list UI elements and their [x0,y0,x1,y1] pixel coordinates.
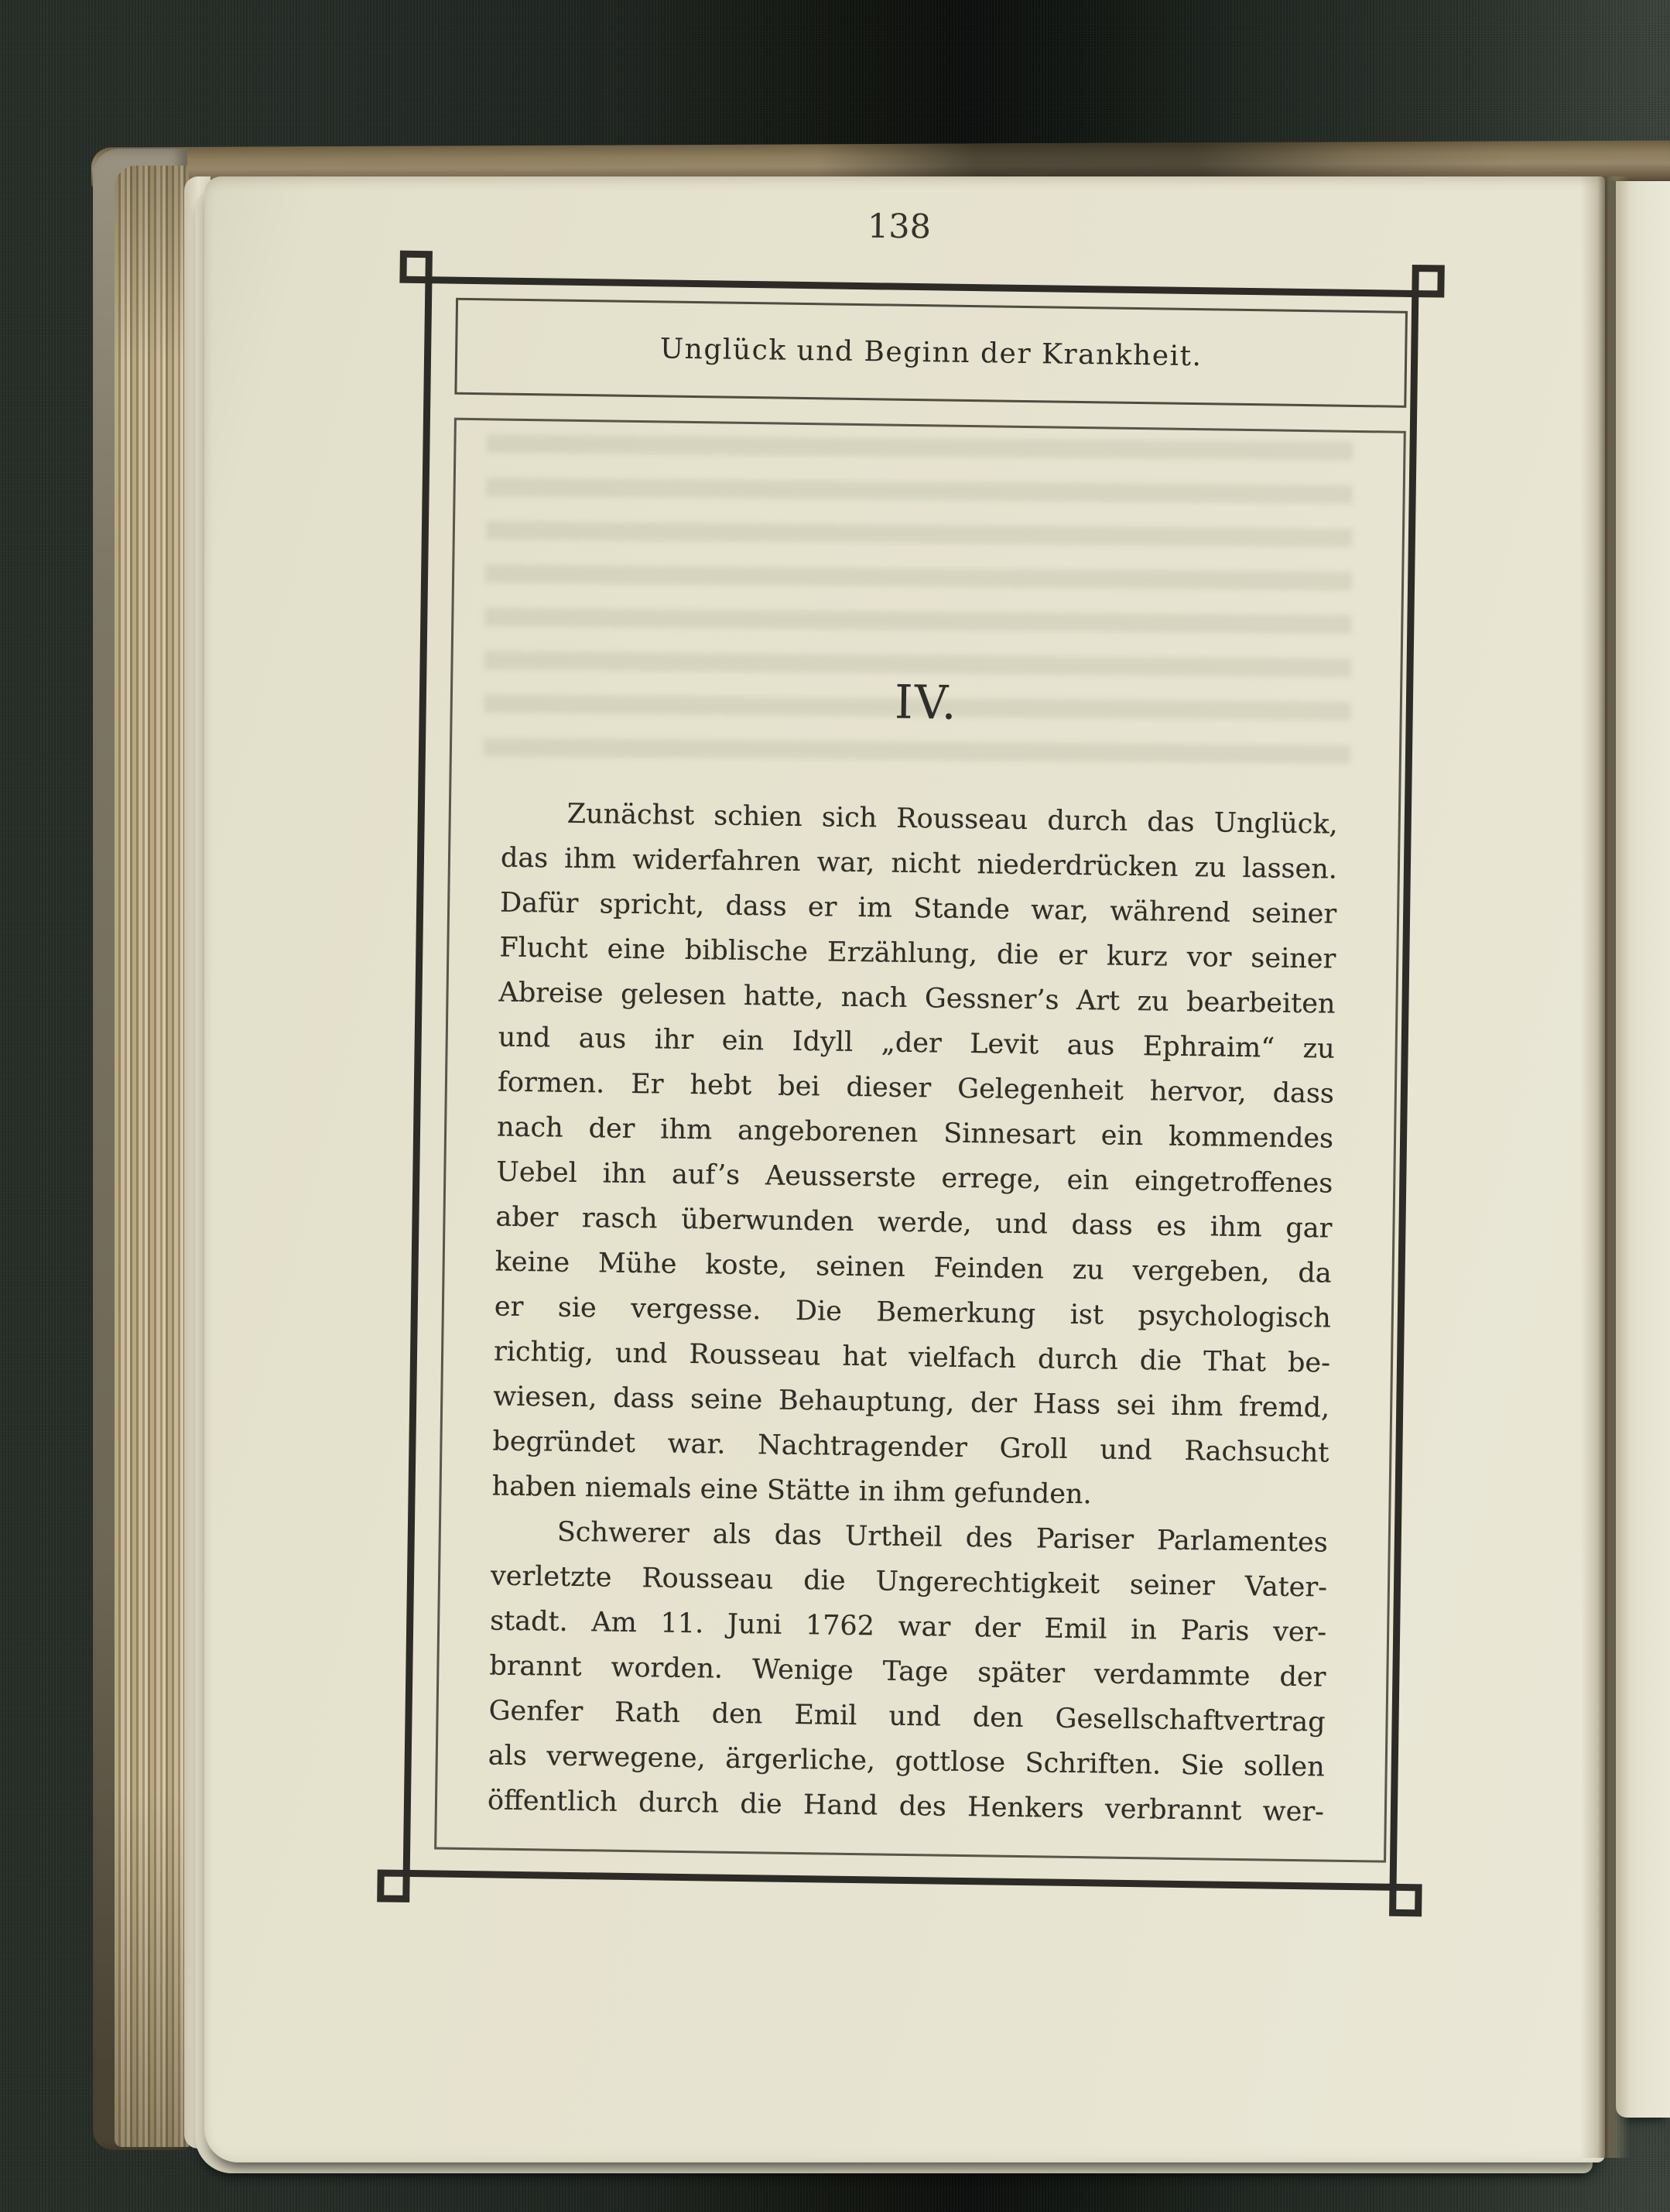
text-block-border: IV. Zunächst schien sich Rousseau durch … [434,418,1406,1863]
photo-background: 138 Unglück und Beginn der Krankheit. IV… [0,0,1670,2212]
body-text: Zunächst schien sich Rousseau durch das … [488,791,1339,1835]
running-header: Unglück und Beginn der Krankheit. [660,333,1203,372]
decorative-frame: Unglück und Beginn der Krankheit. IV. Zu… [377,251,1445,1917]
paragraph: Schwerer als das Urtheil des Pariser Par… [488,1508,1329,1834]
paragraph: Zunächst schien sich Rousseau durch das … [491,791,1338,1521]
page-number: 138 [851,207,948,246]
running-header-box: Unglück und Beginn der Krankheit. [454,298,1408,408]
gutter-shadow [1580,176,1630,2158]
page-stack-fore-edge [115,166,189,2147]
